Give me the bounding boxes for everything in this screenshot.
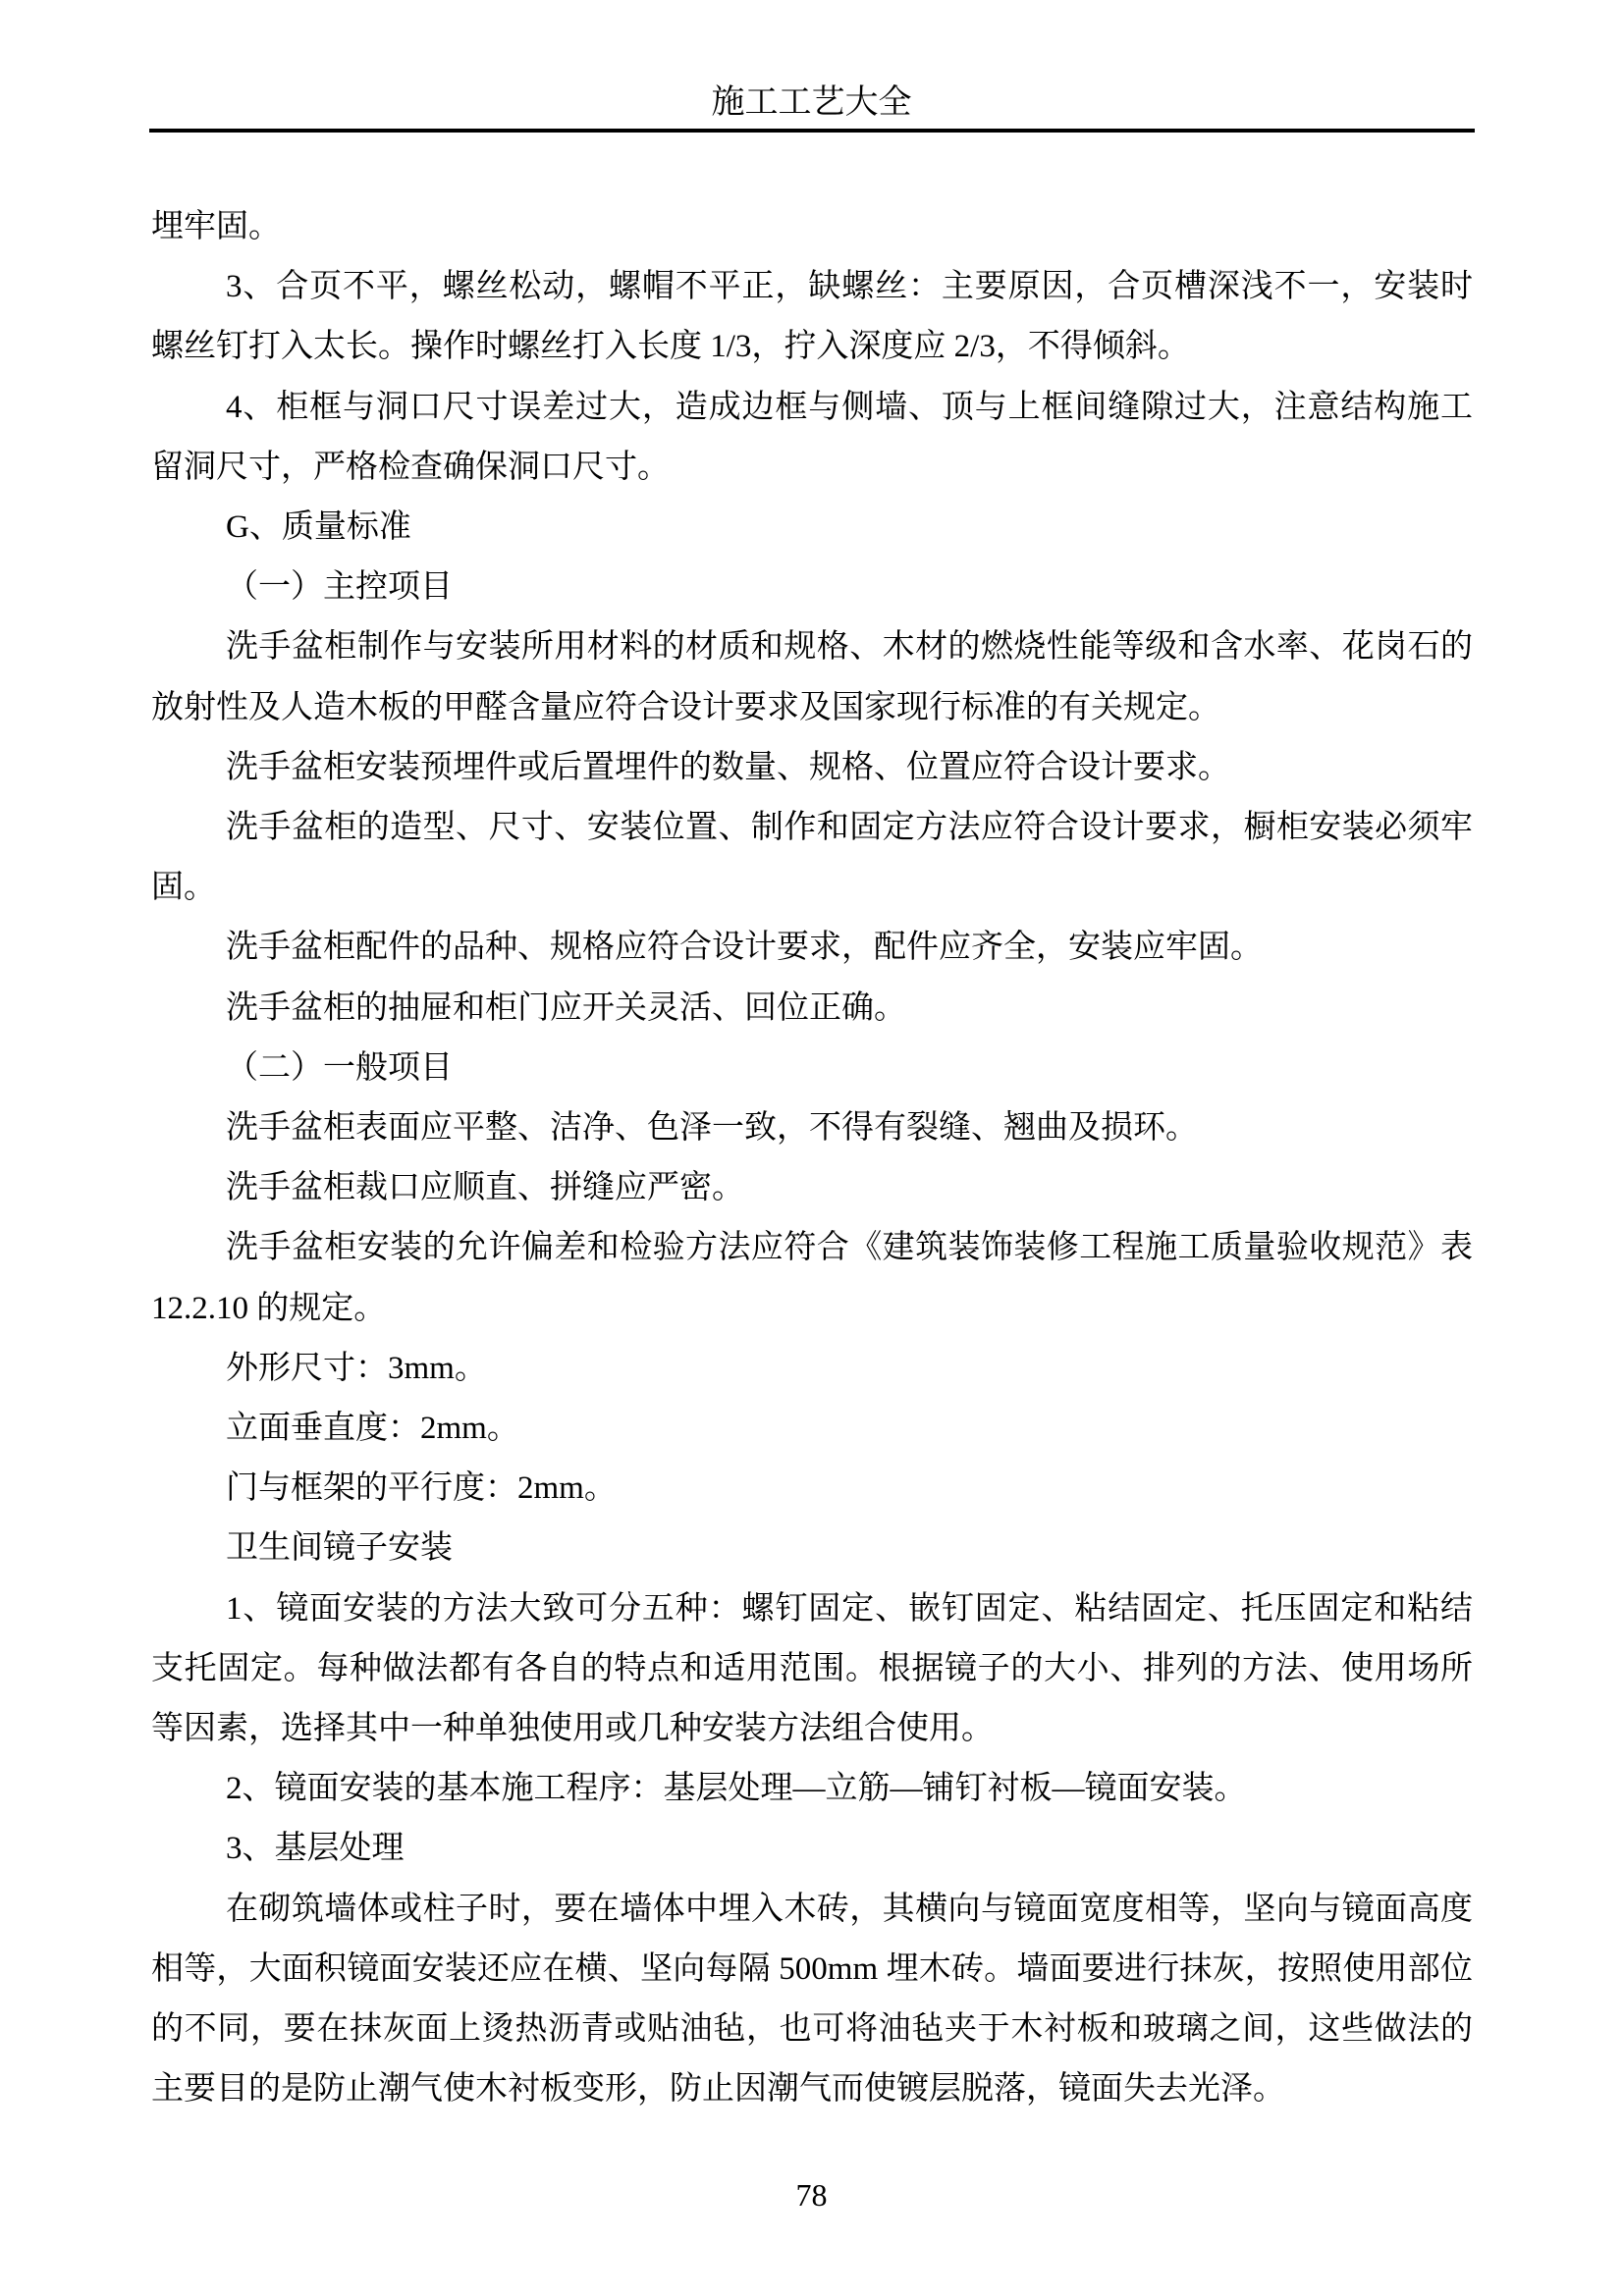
text-line: 立面垂直度：2mm。 <box>151 1399 1473 1459</box>
text-line: 留洞尺寸，严格检查确保洞口尺寸。 <box>151 438 1473 498</box>
text-line: 埋牢固。 <box>151 197 1473 257</box>
text-line: 3、合页不平，螺丝松动，螺帽不平正，缺螺丝：主要原因，合页槽深浅不一，安装时 <box>151 257 1473 317</box>
text-line: 洗手盆柜裁口应顺直、拼缝应严密。 <box>151 1158 1473 1218</box>
text-line: 2、镜面安装的基本施工程序：基层处理—立筋—铺钉衬板—镜面安装。 <box>151 1759 1473 1819</box>
text-line: 4、柜框与洞口尺寸误差过大，造成边框与侧墙、顶与上框间缝隙过大，注意结构施工 <box>151 378 1473 438</box>
text-line: 洗手盆柜制作与安装所用材料的材质和规格、木材的燃烧性能等级和含水率、花岗石的 <box>151 617 1473 677</box>
text-line: 洗手盆柜配件的品种、规格应符合设计要求，配件应齐全，安装应牢固。 <box>151 918 1473 978</box>
page-body: 埋牢固。3、合页不平，螺丝松动，螺帽不平正，缺螺丝：主要原因，合页槽深浅不一，安… <box>151 197 1473 2120</box>
text-line: 12.2.10 的规定。 <box>151 1279 1473 1339</box>
text-line: 固。 <box>151 858 1473 918</box>
text-line: G、质量标准 <box>151 498 1473 558</box>
header-rule <box>149 129 1475 133</box>
text-line: 支托固定。每种做法都有各自的特点和适用范围。根据镜子的大小、排列的方法、使用场所 <box>151 1639 1473 1699</box>
text-line: 1、镜面安装的方法大致可分五种：螺钉固定、嵌钉固定、粘结固定、托压固定和粘结 <box>151 1579 1473 1639</box>
text-line: （二）一般项目 <box>151 1039 1473 1098</box>
text-line: 洗手盆柜的造型、尺寸、安装位置、制作和固定方法应符合设计要求，橱柜安装必须牢 <box>151 798 1473 858</box>
text-line: 门与框架的平行度：2mm。 <box>151 1459 1473 1519</box>
text-line: 洗手盆柜安装预埋件或后置埋件的数量、规格、位置应符合设计要求。 <box>151 738 1473 798</box>
text-line: 等因素，选择其中一种单独使用或几种安装方法组合使用。 <box>151 1699 1473 1759</box>
text-line: 主要目的是防止潮气使木衬板变形，防止因潮气而使镀层脱落，镜面失去光泽。 <box>151 2059 1473 2119</box>
text-line: 放射性及人造木板的甲醛含量应符合设计要求及国家现行标准的有关规定。 <box>151 678 1473 738</box>
text-line: 外形尺寸：3mm。 <box>151 1339 1473 1399</box>
text-line: 在砌筑墙体或柱子时，要在墙体中埋入木砖，其横向与镜面宽度相等，坚向与镜面高度 <box>151 1880 1473 1940</box>
text-line: （一）主控项目 <box>151 558 1473 617</box>
header-title: 施工工艺大全 <box>0 81 1623 125</box>
text-line: 3、基层处理 <box>151 1819 1473 1879</box>
text-line: 卫生间镜子安装 <box>151 1519 1473 1578</box>
text-line: 洗手盆柜的抽屉和柜门应开关灵活、回位正确。 <box>151 979 1473 1039</box>
text-line: 的不同，要在抹灰面上烫热沥青或贴油毡，也可将油毡夹于木衬板和玻璃之间，这些做法的 <box>151 2000 1473 2059</box>
text-line: 螺丝钉打入太长。操作时螺丝打入长度 1/3，拧入深度应 2/3，不得倾斜。 <box>151 317 1473 377</box>
page-number: 78 <box>0 2175 1623 2215</box>
text-line: 洗手盆柜安装的允许偏差和检验方法应符合《建筑装饰装修工程施工质量验收规范》表 <box>151 1218 1473 1278</box>
text-line: 洗手盆柜表面应平整、洁净、色泽一致，不得有裂缝、翘曲及损环。 <box>151 1098 1473 1158</box>
text-line: 相等，大面积镜面安装还应在横、坚向每隔 500mm 埋木砖。墙面要进行抹灰，按照… <box>151 1940 1473 2000</box>
